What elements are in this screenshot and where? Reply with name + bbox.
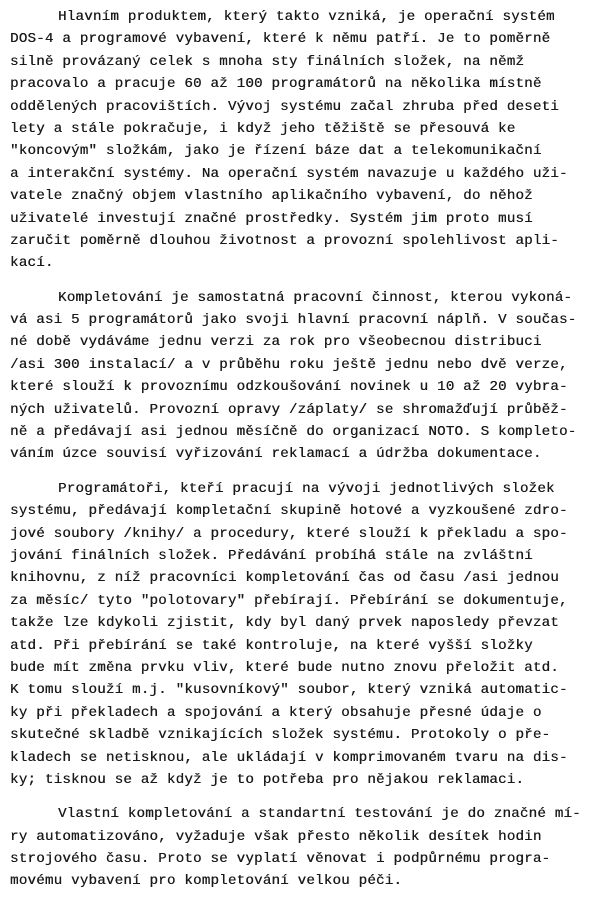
- text-line: ry automatizováno, vyžaduje však přesto …: [10, 826, 595, 848]
- text-line: strojového času. Proto se vyplatí věnova…: [10, 848, 595, 870]
- text-line: a interakční systémy. Na operační systém…: [10, 163, 595, 185]
- text-line: movému vybavení pro kompletování velkou …: [10, 870, 595, 892]
- text-line: lety a stále pokračuje, i když jeho těži…: [10, 118, 595, 140]
- text-line: uživatelé investují značné prostředky. S…: [10, 208, 595, 230]
- text-line: kací.: [10, 252, 595, 274]
- text-line: "koncovým" složkám, jako je řízení báze …: [10, 140, 595, 162]
- text-line: systému, předávají kompletační skupině h…: [10, 500, 595, 522]
- paragraph: Hlavním produktem, který takto vzniká, j…: [10, 6, 595, 275]
- text-line: atd. Při přebírání se také kontroluje, n…: [10, 635, 595, 657]
- text-line: ných uživatelů. Provozní opravy /záplaty…: [10, 399, 595, 421]
- text-line: DOS-4 a programové vybavení, které k něm…: [10, 28, 595, 50]
- text-line: /asi 300 instalací/ a v průběhu roku ješ…: [10, 354, 595, 376]
- text-line: pracovalo a pracuje 60 až 100 programáto…: [10, 73, 595, 95]
- text-line: knihovnu, z níž pracovníci kompletování …: [10, 567, 595, 589]
- text-line: kladech se netisknou, ale ukládají v kom…: [10, 747, 595, 769]
- text-line: silně provázaný celek s mnoha sty fináln…: [10, 51, 595, 73]
- text-line: Programátoři, kteří pracují na vývoji je…: [10, 478, 595, 500]
- text-line: ně a předávají asi jednou měsíčně do org…: [10, 421, 595, 443]
- text-line: které slouží k provoznímu odzkoušování n…: [10, 376, 595, 398]
- text-line: K tomu slouží m.j. "kusovníkový" soubor,…: [10, 679, 595, 701]
- text-line: né době vydáváme jednu verzi za rok pro …: [10, 331, 595, 353]
- text-line: takže lze kdykoli zjistit, kdy byl daný …: [10, 612, 595, 634]
- text-line: ky při překladech a spojování a který ob…: [10, 702, 595, 724]
- text-line: jování finálních složek. Předávání probí…: [10, 545, 595, 567]
- text-line: vá asi 5 programátorů jako svoji hlavní …: [10, 309, 595, 331]
- text-line: ky; tisknou se až když je to potřeba pro…: [10, 769, 595, 791]
- paragraph: Programátoři, kteří pracují na vývoji je…: [10, 478, 595, 791]
- text-line: Vlastní kompletování a standartní testov…: [10, 803, 595, 825]
- text-line: jové soubory /knihy/ a procedury, které …: [10, 523, 595, 545]
- paragraph: Vlastní kompletování a standartní testov…: [10, 803, 595, 893]
- paragraph: Kompletování je samostatná pracovní činn…: [10, 287, 595, 466]
- text-line: váním úzce souvisí vyřizování reklamací …: [10, 443, 595, 465]
- text-line: zaručit poměrně dlouhou životnost a prov…: [10, 230, 595, 252]
- text-line: za měsíc/ tyto "polotovary" přebírají. P…: [10, 590, 595, 612]
- text-line: skutečné skladbě vznikajících složek sys…: [10, 724, 595, 746]
- text-line: Kompletování je samostatná pracovní činn…: [10, 287, 595, 309]
- text-line: vatele značný objem vlastního aplikačníh…: [10, 185, 595, 207]
- text-line: oddělených pracovištích. Vývoj systému z…: [10, 96, 595, 118]
- text-line: Hlavním produktem, který takto vzniká, j…: [10, 6, 595, 28]
- text-line: bude mít změna prvku vliv, které bude nu…: [10, 657, 595, 679]
- typewritten-page: Hlavním produktem, který takto vzniká, j…: [10, 6, 595, 893]
